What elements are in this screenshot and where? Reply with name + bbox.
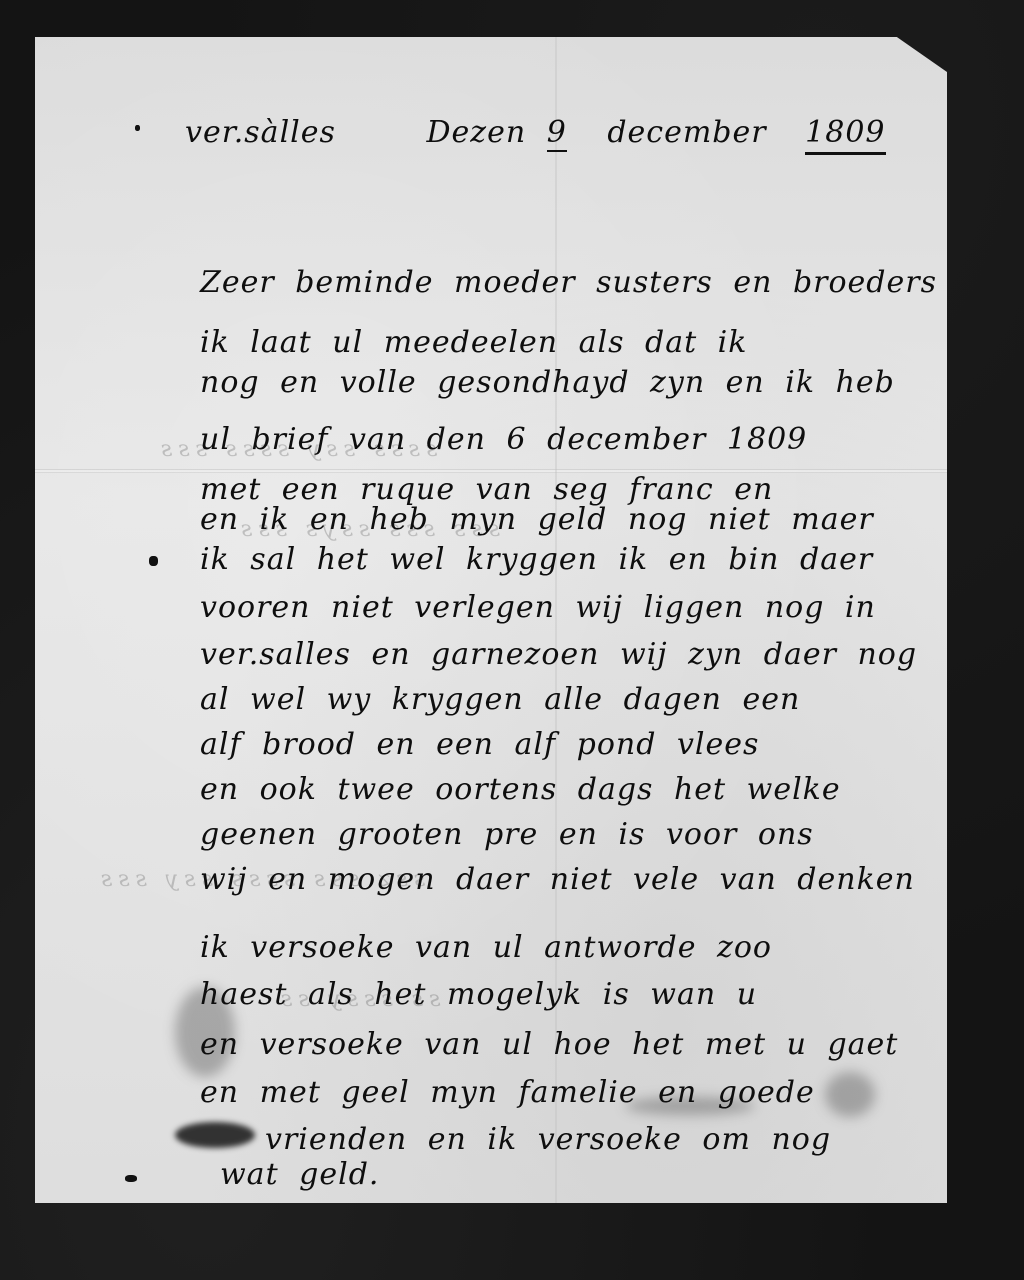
ink-smear [825, 1072, 875, 1117]
header-day: 9 [547, 115, 567, 152]
body-line: ver.salles en garnezoen wij zyn daer nog [200, 637, 917, 672]
salutation: Zeer beminde moeder susters en broeders [200, 265, 937, 300]
body-line: en ik en heb myn geld nog niet maer [200, 502, 874, 537]
ink-blot [175, 1122, 255, 1148]
header-date-prefix: Dezen [426, 115, 526, 150]
body-line: wij en mogen daer niet vele van denken [200, 862, 915, 897]
letter-header: ver.sàlles Dezen 9 december 1809 [185, 115, 886, 150]
header-year: 1809 [805, 115, 885, 155]
margin-ink-mark [125, 1175, 137, 1182]
closing-line: vrienden en ik versoeke om nog [265, 1122, 831, 1157]
body-line: nog en volle gesondhayd zyn en ik heb [200, 365, 895, 400]
closing-line: ik versoeke van ul antworde zoo [200, 930, 772, 965]
body-line: en ook twee oortens dags het welke [200, 772, 841, 807]
header-month: december [607, 115, 766, 150]
body-line: ik laat ul meedeelen als dat ik [200, 325, 747, 360]
margin-ink-dot [149, 556, 158, 566]
closing-line: haest als het mogelyk is wan u [200, 977, 757, 1012]
body-line: ul brief van den 6 december 1809 [200, 422, 807, 457]
margin-ink-dot [135, 125, 140, 131]
body-line: al wel wy kryggen alle dagen een [200, 682, 800, 717]
body-line: ik sal het wel kryggen ik en bin daer [200, 542, 873, 577]
body-line: alf brood en een alf pond vlees [200, 727, 759, 762]
closing-line: en met geel myn famelie en goede [200, 1075, 815, 1110]
body-line: vooren niet verlegen wij liggen nog in [200, 590, 876, 625]
closing-line: wat geld. [220, 1157, 379, 1192]
closing-line: en versoeke van ul hoe het met u gaet [200, 1027, 898, 1062]
letter-paper: ssss ssy ssss sss sss sss ssys sss ssz s… [35, 37, 947, 1203]
body-line: geenen grooten pre en is voor ons [200, 817, 814, 852]
header-place: ver.sàlles [185, 115, 336, 150]
